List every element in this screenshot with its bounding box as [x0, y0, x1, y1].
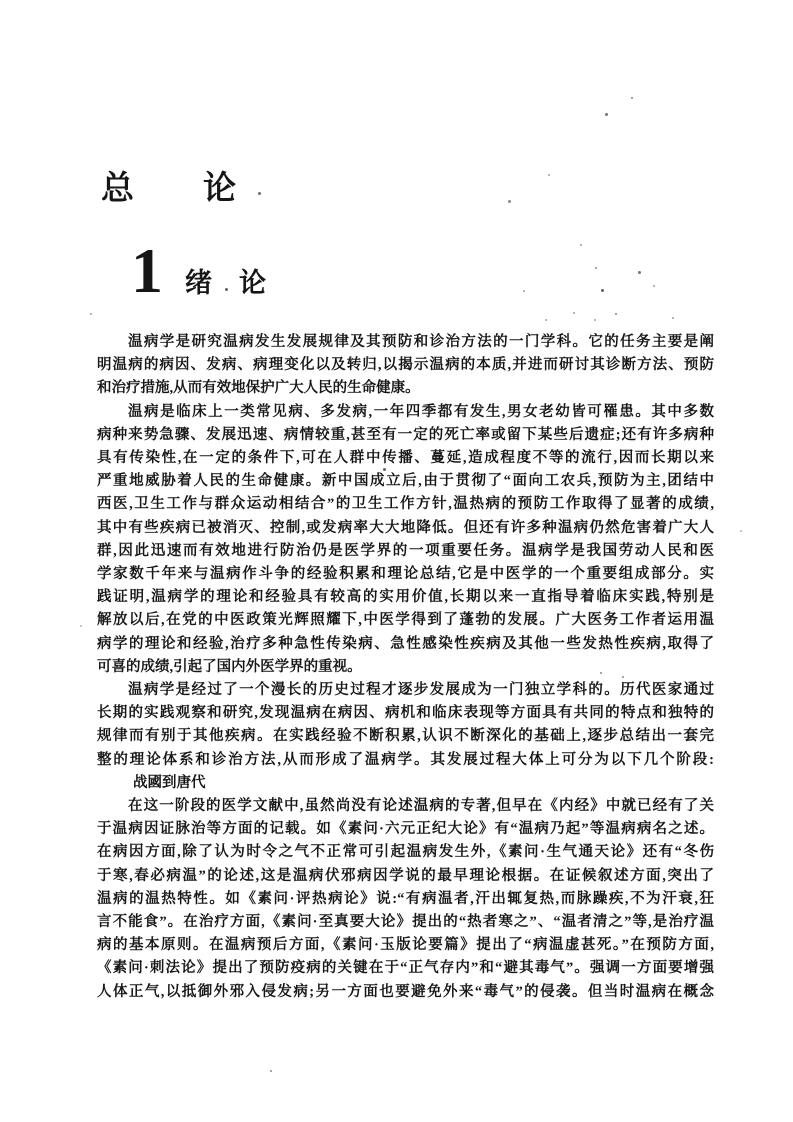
scan-speck: [740, 530, 742, 532]
scan-speck: [622, 676, 624, 678]
subheading: 战國到唐代: [97, 772, 714, 795]
text-line: 人体正气,以抵御外邪入侵发病;另一方面也要避免外来“毒气”的侵袭。但当时温病在概…: [97, 981, 714, 1004]
text-line: 解放以后,在党的中医政策光辉照耀下,中医学得到了蓬勃的发展。广大医务工作者运用温: [97, 609, 714, 632]
text-line: 和治疗措施,从而有效地保护广大人民的生命健康。: [97, 377, 714, 400]
body-text: 温病学是研究温病发生发展规律及其预防和诊治方法的一门学科。它的任务主要是阐明温病…: [97, 331, 714, 1004]
scan-speck: [80, 625, 82, 627]
scan-speck: [258, 192, 261, 195]
text-line: 践证明,温病学的理论和经验具有较高的实用价值,长期以来一直指导着临床实践,特别是: [97, 586, 714, 609]
scan-speck: [270, 1070, 272, 1072]
chapter-number: 1: [131, 239, 163, 303]
text-line: 规律而有别于其他疾病。在实践经验不断积累,认识不断深化的基础上,逐步总结出一套完: [97, 725, 714, 748]
scan-speck: [600, 672, 602, 674]
section-title: 总 论: [101, 162, 237, 209]
text-line: 于温病因证脉治等方面的记载。如《素问·六元正纪大论》有“温病乃起”等温病病名之述…: [97, 818, 714, 841]
text-line: 温病学是经过了一个漫长的历史过程才逐步发展成为一门独立学科的。历代医家通过: [97, 679, 714, 702]
scan-speck: [523, 290, 525, 292]
text-line: 明温病的病因、发病、病理变化以及转归,以揭示温病的本质,并进而研讨其诊断方法、预…: [97, 354, 714, 377]
scan-speck: [595, 267, 597, 269]
scan-speck: [672, 317, 674, 319]
text-line: 病种来势急骤、发展迅速、病情较重,甚至有一定的死亡率或留下某些后遗症;还有许多病…: [97, 424, 714, 447]
text-line: 西医,卫生工作与群众运动相结合”的卫生工作方针,温热病的预防工作取得了显著的成绩…: [97, 493, 714, 516]
text-line: 病学的理论和经验,治疗多种急性传染病、急性感染性疾病及其他一些发热性疾病,取得了: [97, 633, 714, 656]
scan-speck: [508, 200, 511, 203]
scan-speck: [383, 468, 386, 471]
scan-speck: [90, 313, 92, 315]
text-line: 长期的实践观察和研究,发现温病在病因、病机和临床表现等方面具有共同的特点和独特的: [97, 702, 714, 725]
text-line: 群,因此迅速而有效地进行防治仍是医学界的一项重要任务。温病学是我国劳动人民和医: [97, 540, 714, 563]
chapter-heading: 1 绪 论: [131, 239, 266, 303]
scan-speck: [548, 174, 550, 176]
text-line: 学家数千年来与温病作斗争的经验积累和理论总结,它是中医学的一个重要组成部分。实: [97, 563, 714, 586]
chapter-title: 绪 论: [185, 261, 266, 300]
text-line: 病的基本原则。在温病预后方面,《素问·玉版论要篇》提出了“病温虚甚死。”在预防方…: [97, 934, 714, 957]
text-line: 温病学是研究温病发生发展规律及其预防和诊治方法的一门学科。它的任务主要是阐: [97, 331, 714, 354]
text-line: 整的理论体系和诊治方法,从而形成了温病学。其发展过程大体上可分为以下几个阶段:: [97, 749, 714, 772]
text-line: 于寒,春必病温”的论述,这是温病伏邪病因学说的最早理论根据。在证候叙述方面,突出…: [97, 865, 714, 888]
text-line: 严重地威胁着人民的生命健康。新中国成立后,由于贯彻了“面向工农兵,预防为主,团结…: [97, 470, 714, 493]
scan-speck: [580, 244, 582, 246]
scan-speck: [225, 288, 228, 291]
text-line: 具有传染性,在一定的条件下,可在人群中传播、蔓延,造成程度不等的流行,因而长期以…: [97, 447, 714, 470]
text-line: 温病是临床上一类常见病、多发病,一年四季都有发生,男女老幼皆可罹患。其中多数: [97, 401, 714, 424]
scan-speck: [594, 319, 596, 321]
text-line: 在病因方面,除了认为时令之气不正常可引起温病发生外,《素问·生气通天论》还有“冬…: [97, 841, 714, 864]
book-page: 总 论 1 绪 论 温病学是研究温病发生发展规律及其预防和诊治方法的一门学科。它…: [0, 0, 793, 1122]
scan-speck: [638, 271, 641, 274]
text-line: 温病的温热特性。如《素问·评热病论》说:“有病温者,汗出辄复热,而脉躁疾,不为汗…: [97, 888, 714, 911]
scan-speck: [545, 319, 547, 321]
text-line: 在这一阶段的医学文献中,虽然尚没有论述温病的专著,但早在《内经》中就已经有了关: [97, 795, 714, 818]
scan-speck: [605, 113, 608, 116]
scan-speck: [653, 285, 655, 287]
text-line: 《素问·刺法论》提出了预防疫病的关键在于“正气存内”和“避其毒气”。强调一方面要…: [97, 957, 714, 980]
text-line: 其中有些疾病已被消灭、控制,或发病率大大地降低。但还有许多种温病仍然危害着广大人: [97, 517, 714, 540]
scan-speck: [601, 289, 604, 292]
scan-speck: [573, 312, 575, 314]
text-line: 言不能食”。在治疗方面,《素问·至真要大论》提出的“热者寒之”、“温者清之”等,…: [97, 911, 714, 934]
scan-speck: [615, 313, 617, 315]
scan-speck: [631, 97, 633, 99]
